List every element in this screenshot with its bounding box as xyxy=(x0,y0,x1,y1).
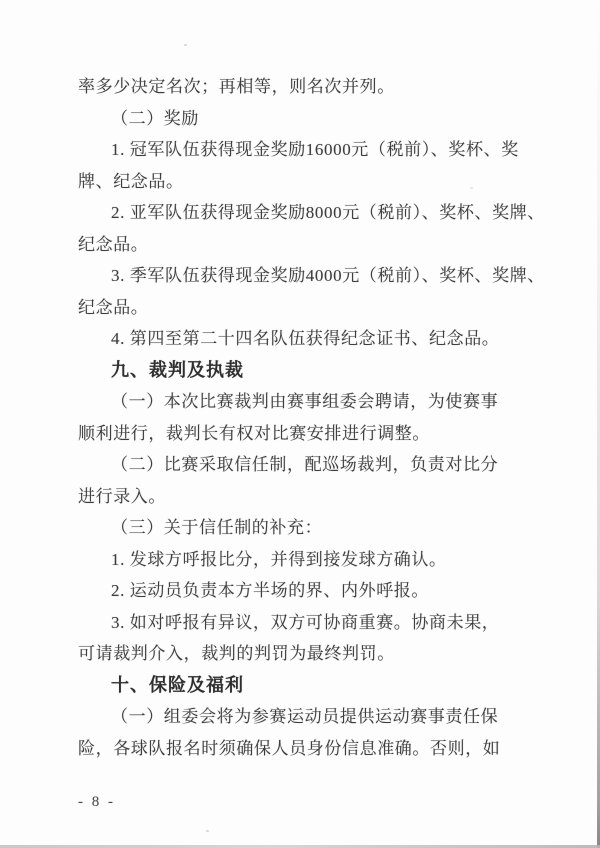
body-line: 可请裁判介入，裁判的判罚为最终判罚。 xyxy=(78,638,538,670)
body-line: 牌、纪念品。 xyxy=(78,166,538,198)
body-line: 3. 如对呼报有异议，双方可协商重赛。协商未果， xyxy=(78,607,538,639)
body-line: 纪念品。 xyxy=(78,292,538,324)
body-line: 率多少决定名次；再相等，则名次并列。 xyxy=(78,71,538,103)
section-heading-insurance: 十、保险及福利 xyxy=(78,670,538,702)
body-line: （三）关于信任制的补充： xyxy=(78,512,538,544)
body-line: 3. 季军队伍获得现金奖励4000元（税前）、奖杯、奖牌、 xyxy=(78,260,538,292)
scan-speckle xyxy=(206,830,209,832)
body-line: （一）组委会将为参赛运动员提供运动赛事责任保 xyxy=(78,701,538,733)
page-number: - 8 - xyxy=(78,792,116,812)
body-line: 2. 运动员负责本方半场的界、内外呼报。 xyxy=(78,575,538,607)
scan-speckle xyxy=(470,187,473,189)
body-line: 4. 第四至第二十四名队伍获得纪念证书、纪念品。 xyxy=(78,323,538,355)
scan-speckle xyxy=(184,44,187,46)
body-line: 2. 亚军队伍获得现金奖励8000元（税前）、奖杯、奖牌、 xyxy=(78,197,538,229)
body-line: 1. 发球方呼报比分，并得到接发球方确认。 xyxy=(78,544,538,576)
body-line: （二）比赛采取信任制，配巡场裁判，负责对比分 xyxy=(78,449,538,481)
body-line: （一）本次比赛裁判由赛事组委会聘请，为使赛事 xyxy=(78,386,538,418)
body-line: 1. 冠军队伍获得现金奖励16000元（税前）、奖杯、奖 xyxy=(78,134,538,166)
body-line-subheading-awards: （二）奖励 xyxy=(78,103,538,135)
body-line: 进行录入。 xyxy=(78,481,538,513)
body-line: 纪念品。 xyxy=(78,229,538,261)
section-heading-referees: 九、裁判及执裁 xyxy=(78,355,538,387)
body-line: 顺利进行，裁判长有权对比赛安排进行调整。 xyxy=(78,418,538,450)
document-page: 率多少决定名次；再相等，则名次并列。 （二）奖励 1. 冠军队伍获得现金奖励16… xyxy=(0,0,600,848)
body-line: 险，各球队报名时须确保人员身份信息准确。否则，如 xyxy=(78,733,538,765)
document-body: 率多少决定名次；再相等，则名次并列。 （二）奖励 1. 冠军队伍获得现金奖励16… xyxy=(78,71,538,764)
